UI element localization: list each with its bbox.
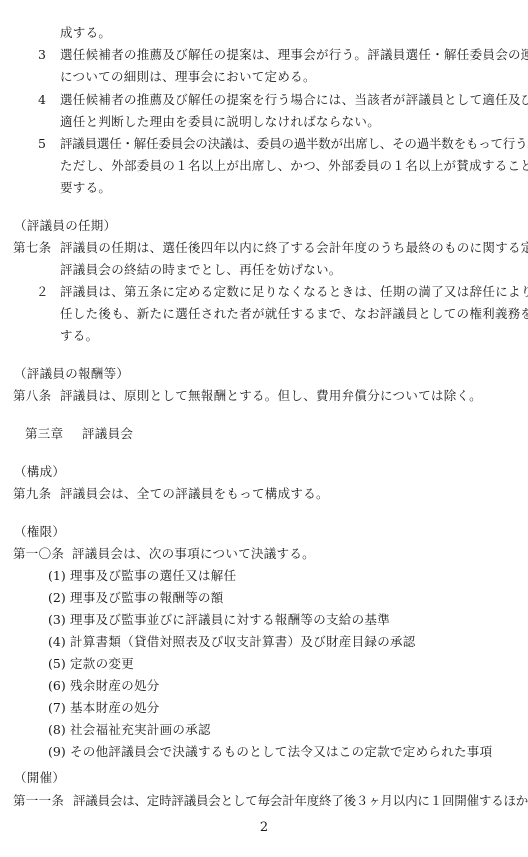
list-item-number: (6) (48, 678, 66, 694)
paragraph-text: 評議員は、第五条に定める定数に足りなくなるときは、任期の満了又は辞任により退 (60, 284, 528, 300)
article-label: 第八条 (13, 388, 51, 404)
article-text: 評議員会は、次の事項について決議する。 (72, 546, 315, 562)
list-item-text: 計算書類（貸借対照表及び収支計算書）及び財産目録の承認 (70, 634, 416, 650)
paragraph-number: 3 (38, 47, 46, 63)
list-item-text: 基本財産の処分 (70, 700, 160, 716)
list-item-number: (1) (48, 568, 66, 584)
list-item-number: (3) (48, 612, 66, 628)
article-label: 第一一条 (13, 793, 64, 809)
article-heading: （開催） (14, 770, 65, 786)
list-item-text: 理事及び監事の選任又は解任 (70, 568, 236, 584)
list-item-text: 理事及び監事の報酬等の額 (70, 590, 224, 606)
article-label: 第一〇条 (13, 546, 64, 562)
list-item-number: (5) (48, 656, 66, 672)
list-item-number: (2) (48, 590, 66, 606)
list-item-number: (8) (48, 722, 66, 738)
paragraph-text: 適任と判断した理由を委員に説明しなければならない。 (60, 114, 380, 130)
article-label: 第九条 (13, 486, 51, 502)
paragraph-text: 選任候補者の推薦及び解任の提案は、理事会が行う。評議員選任・解任委員会の運営 (60, 47, 528, 63)
paragraph-continuation: 成する。 (60, 25, 111, 41)
paragraph-text: ただし、外部委員の１名以上が出席し、かつ、外部委員の１名以上が賛成することを (60, 158, 528, 174)
paragraph-text: についての細則は、理事会において定める。 (60, 69, 316, 85)
paragraph-number: ２ (36, 284, 49, 300)
list-item-text: 理事及び監事並びに評議員に対する報酬等の支給の基準 (70, 612, 390, 628)
paragraph-number: 4 (38, 92, 46, 108)
article-text: 評議員の任期は、選任後四年以内に終了する会計年度のうち最終のものに関する定時 (60, 240, 528, 256)
list-item-number: (7) (48, 700, 66, 716)
page-number: 2 (0, 820, 528, 835)
paragraph-text: する。 (60, 328, 98, 344)
article-text: 評議員は、原則として無報酬とする。但し、費用弁償分については除く。 (60, 388, 482, 404)
paragraph-number: 5 (38, 136, 46, 152)
list-item-text: 社会福祉充実計画の承認 (70, 722, 211, 738)
paragraph-text: 任した後も、新たに選任された者が就任するまで、なお評議員としての権利義務を有 (60, 306, 528, 322)
list-item-text: その他評議員会で決議するものとして法令又はこの定款で定められた事項 (70, 744, 492, 760)
article-text: 評議員会の終結の時までとし、再任を妨げない。 (60, 262, 342, 278)
article-heading: （権限） (14, 524, 65, 540)
article-heading: （評議員の任期） (14, 218, 116, 234)
article-text: 評議員会は、全ての評議員をもって構成する。 (60, 486, 329, 502)
paragraph-text: 要する。 (60, 180, 111, 196)
article-heading: （評議員の報酬等） (14, 366, 129, 382)
list-item-number: (9) (48, 744, 66, 760)
chapter-label: 第三章 (25, 426, 63, 442)
list-item-number: (4) (48, 634, 66, 650)
paragraph-text: 評議員選任・解任委員会の決議は、委員の過半数が出席し、その過半数をもって行う。 (60, 136, 528, 152)
list-item-text: 残余財産の処分 (70, 678, 160, 694)
paragraph-text: 選任候補者の推薦及び解任の提案を行う場合には、当該者が評議員として適任及び不 (60, 92, 528, 108)
list-item-text: 定款の変更 (70, 656, 134, 672)
chapter-title: 評議員会 (82, 426, 133, 442)
article-label: 第七条 (13, 240, 51, 256)
article-text: 評議員会は、定時評議員会として毎会計年度終了後３ヶ月以内に１回開催するほか、 (73, 793, 528, 809)
article-heading: （構成） (14, 464, 65, 480)
